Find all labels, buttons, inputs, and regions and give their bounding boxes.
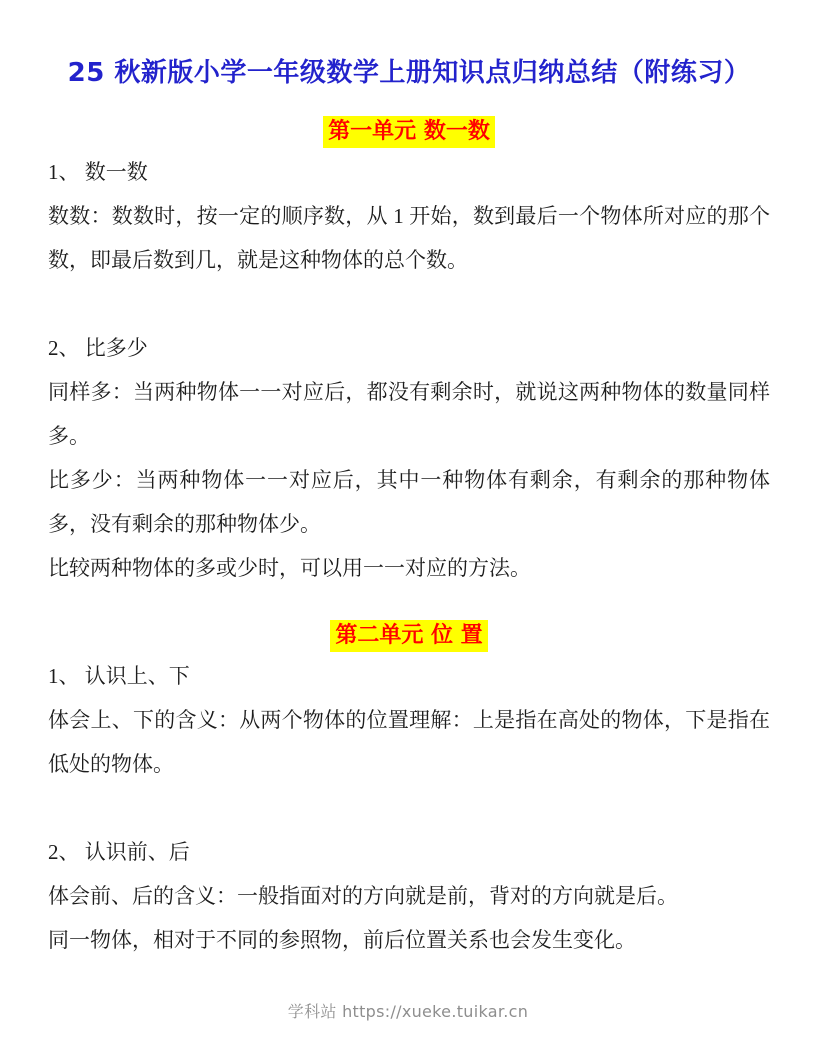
unit1-heading: 第一单元 数一数 bbox=[323, 116, 495, 148]
unit2-heading: 第二单元 位 置 bbox=[330, 620, 487, 652]
unit2-item1-paragraph: 体会上、下的含义：从两个物体的位置理解：上是指在高处的物体，下是指在低处的物体。 bbox=[48, 698, 770, 786]
unit2-item1-label: 1、 认识上、下 bbox=[48, 654, 770, 698]
unit1-item2-paragraph-1: 同样多：当两种物体一一对应后，都没有剩余时，就说这两种物体的数量同样多。 bbox=[48, 370, 770, 458]
unit2-item2-paragraph-2: 同一物体，相对于不同的参照物，前后位置关系也会发生变化。 bbox=[48, 918, 770, 962]
document-page: 25 秋新版小学一年级数学上册知识点归纳总结（附练习） 第一单元 数一数 1、 … bbox=[0, 0, 816, 1056]
unit1-item2-paragraph-3: 比较两种物体的多或少时，可以用一一对应的方法。 bbox=[48, 546, 770, 590]
unit2-heading-row: 第二单元 位 置 bbox=[48, 620, 770, 654]
unit1-item1-label: 1、 数一数 bbox=[48, 150, 770, 194]
unit1-item2-label: 2、 比多少 bbox=[48, 326, 770, 370]
unit2-item2-paragraph-1: 体会前、后的含义：一般指面对的方向就是前，背对的方向就是后。 bbox=[48, 874, 770, 918]
page-footer: 学科站 https://xueke.tuikar.cn bbox=[0, 999, 816, 1022]
unit1-item2-paragraph-2: 比多少：当两种物体一一对应后，其中一种物体有剩余，有剩余的那种物体多，没有剩余的… bbox=[48, 458, 770, 546]
unit1-item1-paragraph: 数数：数数时，按一定的顺序数，从 1 开始，数到最后一个物体所对应的那个数，即最… bbox=[48, 194, 770, 282]
document-title: 25 秋新版小学一年级数学上册知识点归纳总结（附练习） bbox=[48, 56, 770, 90]
unit1-heading-row: 第一单元 数一数 bbox=[48, 116, 770, 150]
unit2-item2-label: 2、 认识前、后 bbox=[48, 830, 770, 874]
